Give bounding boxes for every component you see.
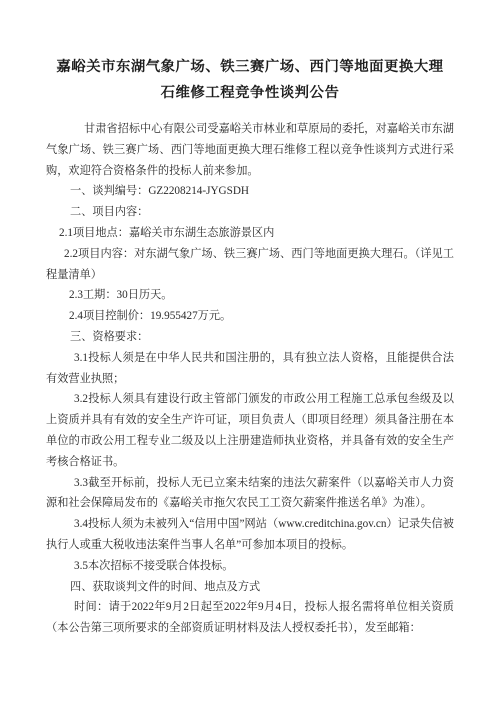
document-title: 嘉峪关市东湖气象广场、铁三赛广场、西门等地面更换大理 石维修工程竞争性谈判公告 [46, 54, 454, 106]
section-3-heading: 三、资格要求： [46, 327, 454, 348]
document-page: 嘉峪关市东湖气象广场、铁三赛广场、西门等地面更换大理 石维修工程竞争性谈判公告 … [0, 0, 500, 710]
section-2-heading: 二、项目内容： [46, 202, 454, 223]
qualification-3-4: 3.4投标人须为未被列入“信用中国”网站（www.creditchina.gov… [46, 514, 454, 556]
qualification-3-3: 3.3截至开标前，投标人无已立案未结案的违法欠薪案件（以嘉峪关市人力资源和社会保… [46, 473, 454, 515]
section-4-heading: 四、获取谈判文件的时间、地点及方式 [46, 577, 454, 598]
project-duration-line: 2.3工期：30日历天。 [46, 285, 454, 306]
title-line-2: 石维修工程竞争性谈判公告 [46, 80, 454, 106]
project-location-line: 2.1项目地点：嘉峪关市东湖生态旅游景区内 [46, 223, 454, 244]
document-body: 甘肃省招标中心有限公司受嘉峪关市林业和草原局的委托，对嘉峪关市东湖气象广场、铁三… [46, 119, 454, 639]
project-content-line: 2.2项目内容：对东湖气象广场、铁三赛广场、西门等地面更换大理石。（详见工程量清… [46, 244, 454, 286]
control-price-line: 2.4项目控制价：19.955427万元。 [46, 306, 454, 327]
document-time-paragraph: 时间：请于2022年9月2日起至2022年9月4日，投标人报名需将单位相关资质（… [46, 597, 454, 639]
title-line-1: 嘉峪关市东湖气象广场、铁三赛广场、西门等地面更换大理 [46, 54, 454, 80]
qualification-3-2: 3.2投标人须具有建设行政主管部门颁发的市政公用工程施工总承包叁级及以上资质并具… [46, 389, 454, 472]
negotiation-number-line: 一、谈判编号：GZ2208214-JYGSDH [46, 181, 454, 202]
qualification-3-1: 3.1投标人须是在中华人民共和国注册的，具有独立法人资格，且能提供合法有效营业执… [46, 348, 454, 390]
intro-paragraph: 甘肃省招标中心有限公司受嘉峪关市林业和草原局的委托，对嘉峪关市东湖气象广场、铁三… [46, 119, 454, 181]
qualification-3-5: 3.5本次招标不接受联合体投标。 [46, 556, 454, 577]
